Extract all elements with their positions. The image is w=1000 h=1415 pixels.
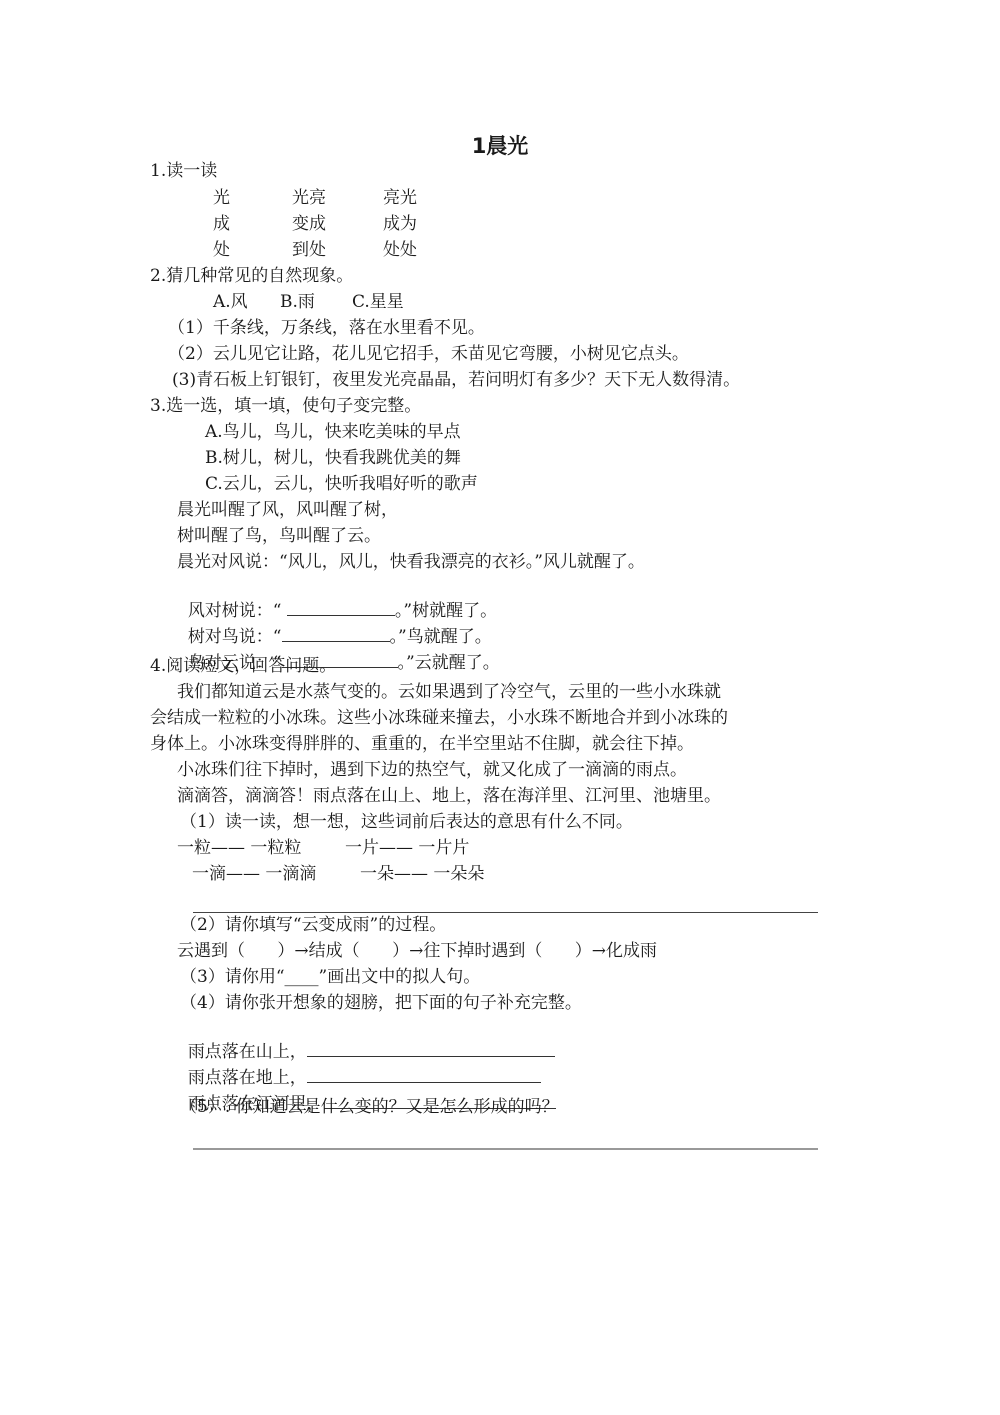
word-pair: 一粒—— 一粒粒 <box>177 837 301 859</box>
passage-line: 我们都知道云是水蒸气变的。云如果遇到了冷空气，云里的一些小水珠就 <box>177 681 721 703</box>
q3-option: B.树儿，树儿，快看我跳优美的舞 <box>205 447 461 469</box>
q1-word: 处处 <box>383 239 417 261</box>
q2-option: C.星星 <box>352 291 404 313</box>
passage-line: 身体上。小冰珠变得胖胖的、重重的，在半空里站不住脚，就会往下掉。 <box>150 733 694 755</box>
q1-word: 成为 <box>383 213 417 235</box>
q3-poem-line: 晨光叫醒了风，风叫醒了树， <box>177 499 398 521</box>
q1-word: 光 <box>213 187 230 209</box>
passage-line: 小冰珠们往下掉时，遇到下边的热空气，就又化成了一滴滴的雨点。 <box>177 759 687 781</box>
q3-option: A.鸟儿，鸟儿，快来吃美味的早点 <box>205 421 461 443</box>
fill-suffix: 。”云就醒了。 <box>398 653 500 673</box>
q2-heading: 2.猜几种常见的自然现象。 <box>150 265 353 287</box>
q4-sub4-prompt: （4）请你张开想象的翅膀，把下面的句子补充完整。 <box>180 992 582 1014</box>
q4-heading: 4.阅读短文，回答问题。 <box>150 655 336 677</box>
word-pair: 一朵—— 一朵朵 <box>360 863 484 885</box>
q4-sub2-prompt: （2）请你填写“云变成雨”的过程。 <box>180 914 446 936</box>
answer-line[interactable] <box>193 912 818 913</box>
q4-sub1-prompt: （1）读一读，想一想，这些词前后表达的意思有什么不同。 <box>180 811 633 833</box>
q3-heading: 3.选一选，填一填，使句子变完整。 <box>150 395 421 417</box>
q3-option: C.云儿，云儿，快听我唱好听的歌声 <box>205 473 478 495</box>
q3-poem-line: 树叫醒了鸟，鸟叫醒了云。 <box>177 525 381 547</box>
q1-word: 变成 <box>292 213 326 235</box>
word-pair: 一滴—— 一滴滴 <box>192 863 316 885</box>
q2-riddle: （2）云儿见它让路，花儿见它招手，禾苗见它弯腰，小树见它点头。 <box>168 343 689 365</box>
page-title: 1晨光 <box>0 130 1000 160</box>
passage-line: 会结成一粒粒的小冰珠。这些小冰珠碰来撞去，小水珠不断地合并到小冰珠的 <box>150 707 728 729</box>
q4-sub3-prompt: （3）请你用“____”画出文中的拟人句。 <box>180 966 480 988</box>
q1-word: 到处 <box>292 239 326 261</box>
q2-riddle: （1）千条线，万条线，落在水里看不见。 <box>168 317 485 339</box>
q1-word: 处 <box>213 239 230 261</box>
q3-poem-line: 晨光对风说：“风儿，风儿，快看我漂亮的衣衫。”风儿就醒了。 <box>177 551 645 573</box>
q2-riddle: (3)青石板上钉银钉，夜里发光亮晶晶，若问明灯有多少？天下无人数得清。 <box>172 369 740 391</box>
q1-word: 光亮 <box>292 187 326 209</box>
q2-option: B.雨 <box>280 291 315 313</box>
q1-heading: 1.读一读 <box>150 160 217 182</box>
passage-line: 滴滴答，滴滴答！雨点落在山上、地上，落在海洋里、江河里、池塘里。 <box>177 785 721 807</box>
q1-word: 成 <box>213 213 230 235</box>
answer-line[interactable] <box>193 1148 818 1150</box>
process-fill[interactable]: 云遇到（ ）→结成（ ）→往下掉时遇到（ ）→化成雨 <box>177 940 657 962</box>
q2-option: A.风 <box>213 291 248 313</box>
word-pair: 一片—— 一片片 <box>345 837 469 859</box>
q4-sub5-prompt: （5）. 你知道云是什么变的？又是怎么形成的吗？ <box>180 1096 559 1118</box>
q1-word: 亮光 <box>383 187 417 209</box>
